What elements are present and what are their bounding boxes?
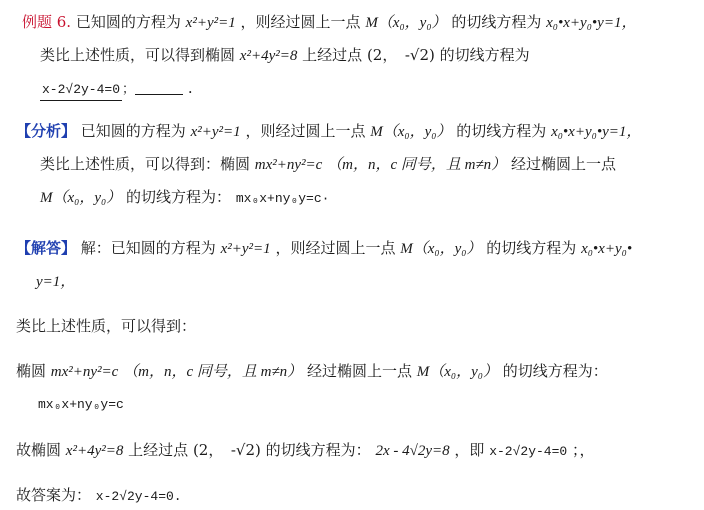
analysis-text: 已知圆的方程为	[81, 122, 186, 140]
analysis-text: 经过椭圆上一点	[511, 155, 616, 173]
solution-text: 解：已知圆的方程为	[81, 239, 216, 257]
solution-text: ，即	[454, 441, 484, 459]
solution-text: 类比上述性质，可以得到：	[16, 317, 196, 335]
analysis-text: ，则经过圆上一点	[245, 122, 365, 140]
solution-line-7: 故答案为： x-2√2y-4=0.	[16, 485, 182, 507]
analysis-text: 的切线方程为	[456, 122, 546, 140]
solution-text: 上经过点	[128, 441, 188, 459]
example-line-1: 例题 6. 已知圆的方程为 x²+y²=1 ，则经过圆上一点 M（x₀，y₀） …	[22, 12, 636, 33]
example-text: 的切线方程为	[451, 13, 541, 31]
point-m: M（x₀，y₀）	[417, 364, 498, 380]
final-answer-label: 故答案为：	[16, 486, 91, 504]
solution-text: 的切线方程为：	[503, 362, 608, 380]
circle-equation: x²+y²=1	[221, 241, 271, 257]
ellipse-tangent-equation: mx₀x+ny₀y=c·	[236, 191, 330, 206]
example-text: 的切线方程为	[440, 46, 530, 64]
solution-line-4: 椭圆 mx²+ny²=c （m，n，c 同号，且 m≠n） 经过椭圆上一点 M（…	[16, 361, 608, 382]
answer-tail: ；	[122, 82, 135, 97]
tangent-equation-raw: 2x - 4√2y=8	[375, 443, 449, 459]
answer-end: .	[188, 79, 193, 97]
analysis-line-3: M（x₀，y₀） 的切线方程为： mx₀x+ny₀y=c·	[40, 187, 329, 209]
analysis-label: 【分析】	[16, 122, 76, 140]
point-m: M（x₀，y₀）	[365, 15, 446, 31]
answer-blank-filled: x-2√2y-4=0	[40, 80, 122, 101]
solution-text: 椭圆	[16, 362, 46, 380]
solution-text: 的切线方程为	[486, 239, 576, 257]
solution-line-3: 类比上述性质，可以得到：	[16, 316, 196, 336]
ellipse-general-equation: mx²+ny²=c	[51, 364, 119, 380]
tangent-equation: x₀•x+y₀•y=1，	[546, 15, 636, 31]
answer-blank	[135, 80, 183, 95]
solution-text: ；，	[572, 441, 595, 459]
tangent-equation: x₀•x+y₀•y=1，	[551, 124, 641, 140]
ellipse-equation: x²+4y²=8	[240, 48, 298, 64]
solution-line-6: 故椭圆 x²+4y²=8 上经过点 (2， -√2) 的切线方程为： 2x - …	[16, 440, 595, 462]
example-text: ，则经过圆上一点	[241, 13, 361, 31]
tangent-equation-cont: y=1，	[36, 274, 75, 290]
point-m: M（x₀，y₀）	[370, 124, 451, 140]
condition: （m，n，c 同号，且 m≠n）	[327, 157, 506, 173]
point-m: M（x₀，y₀）	[400, 241, 481, 257]
solution-label: 【解答】	[16, 239, 76, 257]
solution-line-5: mx₀x+ny₀y=c	[38, 393, 124, 415]
circle-equation: x²+y²=1	[191, 124, 241, 140]
final-answer: x-2√2y-4=0.	[96, 489, 182, 504]
example-answer-line: x-2√2y-4=0； .	[40, 78, 193, 101]
example-label: 例题 6.	[22, 13, 71, 31]
solution-text: 经过椭圆上一点	[307, 362, 412, 380]
ellipse-tangent-equation: mx₀x+ny₀y=c	[38, 397, 124, 412]
ellipse-equation: x²+4y²=8	[66, 443, 124, 459]
point-m: M（x₀，y₀）	[40, 190, 121, 206]
analysis-text: 的切线方程为：	[126, 188, 231, 206]
solution-line-2: y=1，	[36, 271, 75, 292]
example-text: 上经过点	[302, 46, 362, 64]
condition: （m，n，c 同号，且 m≠n）	[123, 364, 302, 380]
given-point: (2， -√2)	[367, 46, 435, 64]
solution-text: 故椭圆	[16, 441, 61, 459]
tangent-equation-simplified: x-2√2y-4=0	[489, 444, 567, 459]
solution-text: ，则经过圆上一点	[275, 239, 395, 257]
given-point: (2， -√2)	[193, 441, 261, 459]
example-text: 已知圆的方程为	[76, 13, 181, 31]
analysis-text: 类比上述性质，可以得到：椭圆	[40, 155, 250, 173]
example-line-2: 类比上述性质，可以得到椭圆 x²+4y²=8 上经过点 (2， -√2) 的切线…	[40, 45, 530, 66]
circle-equation: x²+y²=1	[186, 15, 236, 31]
tangent-equation: x₀•x+y₀•	[581, 241, 632, 257]
solution-text: 的切线方程为：	[266, 441, 371, 459]
example-text: 类比上述性质，可以得到椭圆	[40, 46, 235, 64]
analysis-line-1: 【分析】 已知圆的方程为 x²+y²=1 ，则经过圆上一点 M（x₀，y₀） 的…	[16, 121, 641, 142]
analysis-line-2: 类比上述性质，可以得到：椭圆 mx²+ny²=c （m，n，c 同号，且 m≠n…	[40, 154, 616, 175]
ellipse-general-equation: mx²+ny²=c	[255, 157, 323, 173]
solution-line-1: 【解答】 解：已知圆的方程为 x²+y²=1 ，则经过圆上一点 M（x₀，y₀）…	[16, 238, 632, 259]
